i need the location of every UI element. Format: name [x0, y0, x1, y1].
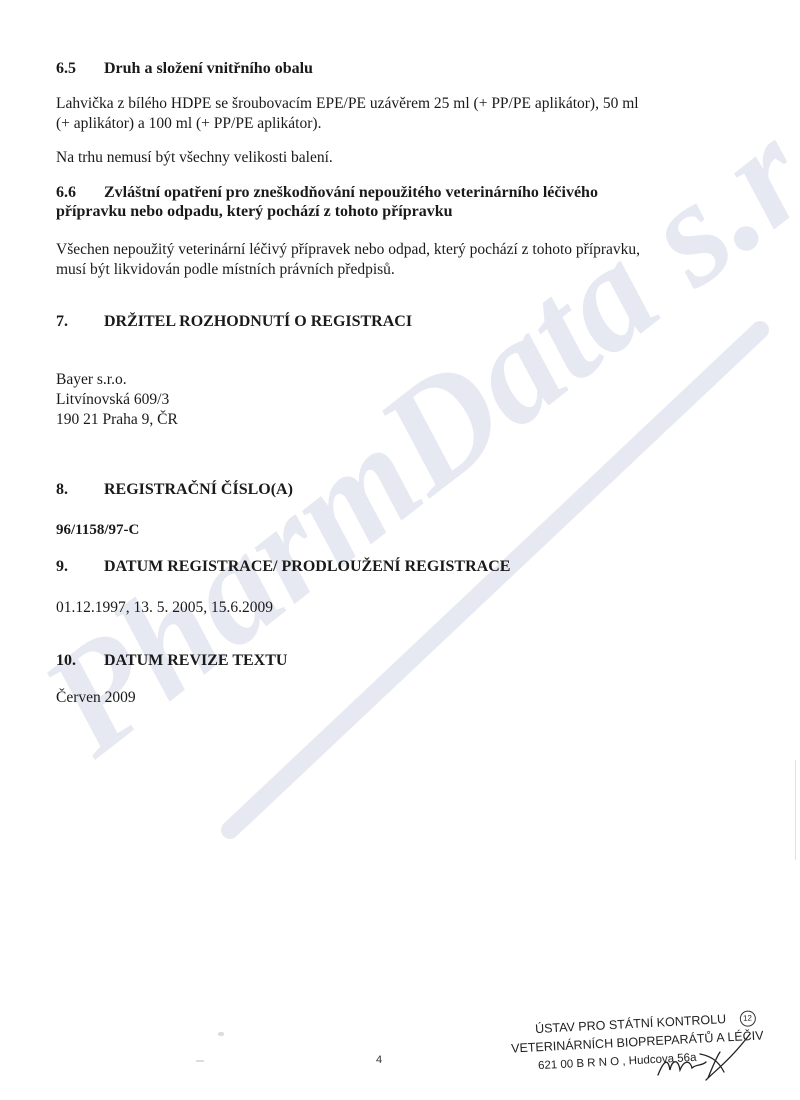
section-title: Zvláštní opatření pro zneškodňování nepo…	[104, 184, 598, 201]
section-number: 8.	[56, 481, 104, 499]
stamp-badge: 12	[739, 1010, 756, 1027]
holder-name: Bayer s.r.o.	[56, 370, 127, 390]
section-9-heading: 9.DATUM REGISTRACE/ PRODLOUŽENÍ REGISTRA…	[56, 558, 510, 576]
page-number: 4	[376, 1054, 382, 1066]
scan-edge-line	[795, 760, 796, 860]
section-6-5-heading: 6.5Druh a složení vnitřního obalu	[56, 60, 313, 78]
revision-date: Červen 2009	[56, 688, 136, 708]
section-6-6-heading-line1: 6.6Zvláštní opatření pro zneškodňování n…	[56, 184, 598, 202]
section-title: REGISTRAČNÍ ČÍSLO(A)	[104, 481, 293, 498]
section-6-6-heading-line2: přípravku nebo odpadu, který pochází z t…	[56, 203, 453, 221]
section-number: 9.	[56, 558, 104, 576]
section-6-5-paragraph-line1: Lahvička z bílého HDPE se šroubovacím EP…	[56, 94, 639, 114]
holder-street: Litvínovská 609/3	[56, 390, 169, 410]
scan-speck	[218, 1032, 224, 1036]
section-7-heading: 7.DRŽITEL ROZHODNUTÍ O REGISTRACI	[56, 313, 412, 331]
section-number: 10.	[56, 652, 104, 670]
registration-number: 96/1158/97-C	[56, 522, 139, 539]
section-number: 7.	[56, 313, 104, 331]
registration-dates: 01.12.1997, 13. 5. 2005, 15.6.2009	[56, 598, 273, 618]
section-8-heading: 8.REGISTRAČNÍ ČÍSLO(A)	[56, 481, 293, 499]
section-10-heading: 10.DATUM REVIZE TEXTU	[56, 652, 287, 670]
section-number: 6.6	[56, 184, 104, 202]
document-page: 6.5Druh a složení vnitřního obalu Lahvič…	[0, 0, 800, 1100]
section-title: DRŽITEL ROZHODNUTÍ O REGISTRACI	[104, 313, 412, 330]
section-title: DATUM REVIZE TEXTU	[104, 652, 287, 669]
section-6-6-paragraph-line2: musí být likvidován podle místních právn…	[56, 260, 395, 280]
signature-icon	[650, 1030, 760, 1090]
scan-speck	[196, 1060, 204, 1062]
section-6-6-paragraph-line1: Všechen nepoužitý veterinární léčivý pří…	[56, 240, 640, 260]
section-title: Druh a složení vnitřního obalu	[104, 60, 313, 77]
section-number: 6.5	[56, 60, 104, 78]
holder-city: 190 21 Praha 9, ČR	[56, 410, 178, 430]
section-6-5-paragraph-line2: (+ aplikátor) a 100 ml (+ PP/PE aplikáto…	[56, 114, 321, 134]
section-title: DATUM REGISTRACE/ PRODLOUŽENÍ REGISTRACE	[104, 558, 510, 575]
section-6-5-note: Na trhu nemusí být všechny velikosti bal…	[56, 148, 333, 168]
